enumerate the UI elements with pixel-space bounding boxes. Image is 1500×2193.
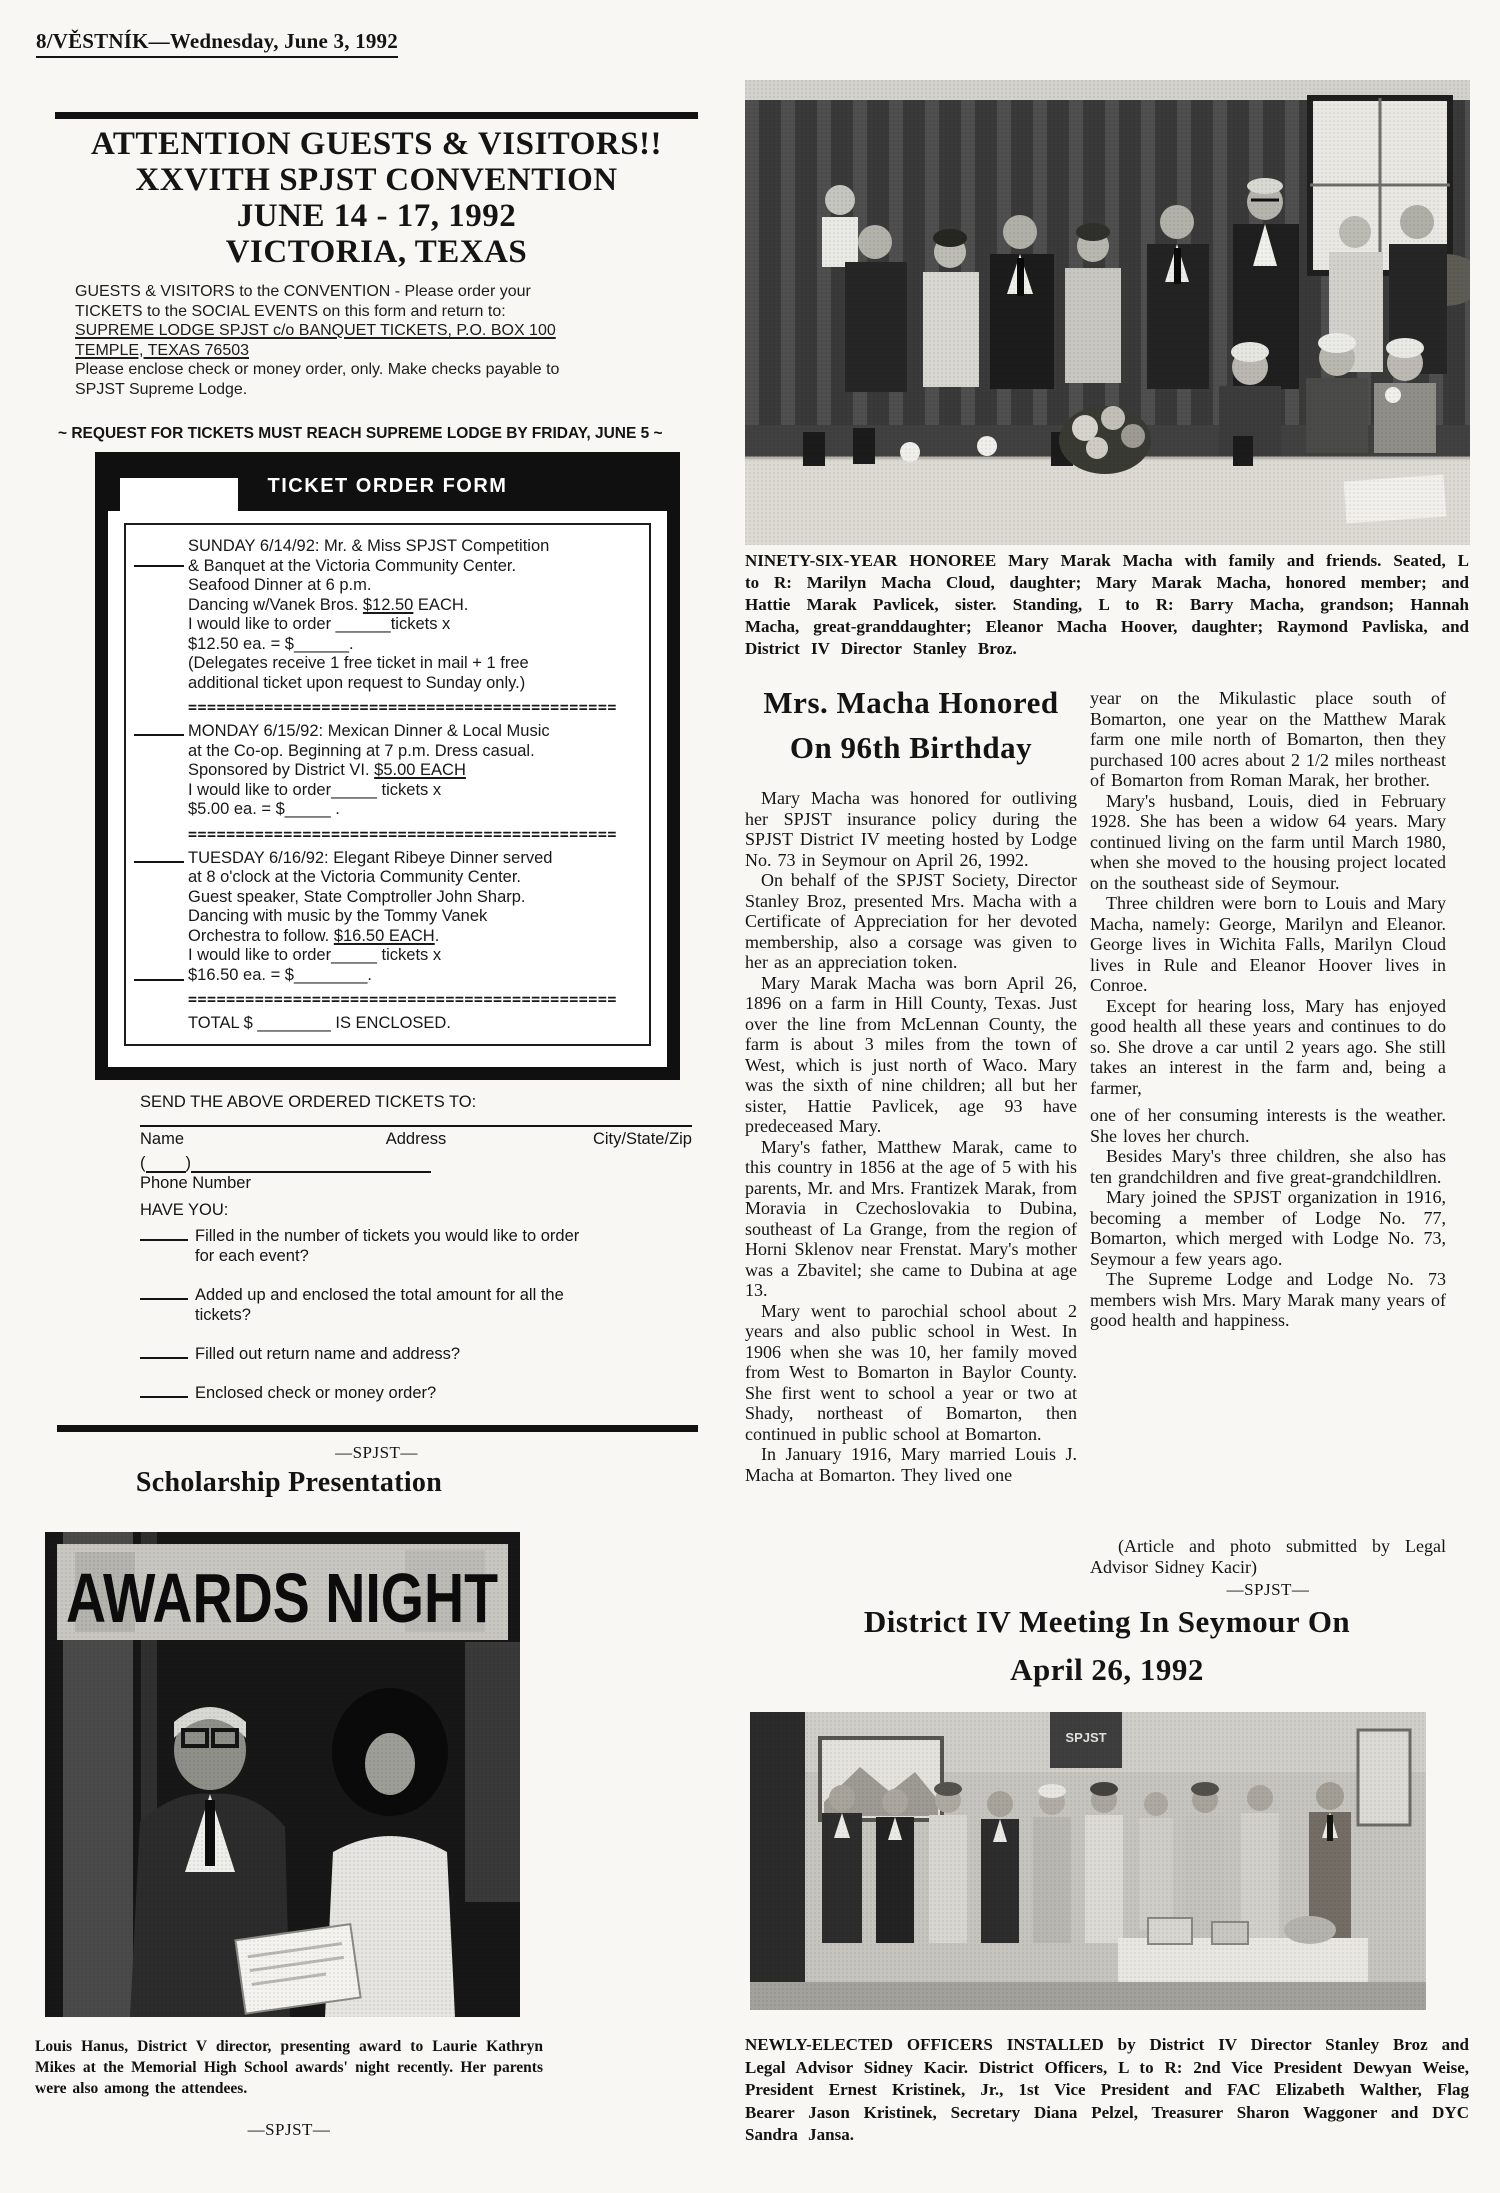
checklist-item-text: Filled out return name and address? (195, 1345, 460, 1363)
checklist-item-text: Filled in the number of tickets you woul… (195, 1227, 579, 1265)
article-paragraph: On behalf of the SPJST Society, Director… (745, 870, 1077, 973)
form-item-text: TUESDAY 6/16/92: Elegant Ribeye Dinner s… (188, 849, 643, 986)
honoree-group-photo (745, 80, 1470, 545)
article-column-2: year on the Mikulastic place south of Bo… (1090, 688, 1446, 1331)
checkmark-blank (140, 1396, 188, 1398)
article-paragraph: In January 1916, Mary married Louis J. M… (745, 1444, 1077, 1485)
form-line: $12.50 ea. = $______. (188, 635, 643, 655)
price-underlined: $12.50 (363, 596, 413, 614)
form-line: TUESDAY 6/16/92: Elegant Ribeye Dinner s… (188, 849, 643, 869)
checkmark-blank (140, 1298, 188, 1300)
fill-in-blank (134, 861, 184, 863)
checklist-item: Added up and enclosed the total amount f… (140, 1285, 602, 1325)
article-paragraph: Besides Mary's three children, she also … (1090, 1146, 1446, 1187)
convention-notice-body: GUESTS & VISITORS to the CONVENTION - Pl… (75, 282, 535, 399)
form-line: Dancing w/Vanek Bros. $12.50 EACH. (188, 596, 643, 616)
form-line: $5.00 ea. = $_____ . (188, 800, 643, 820)
form-separator: ========================================… (188, 698, 620, 717)
price-line-suffix: EACH. (413, 596, 468, 614)
article-paragraph: year on the Mikulastic place south of Bo… (1090, 688, 1446, 791)
address-label: Address (324, 1129, 508, 1149)
form-line: (Delegates receive 1 free ticket in mail… (188, 654, 643, 674)
price-line-prefix: Sponsored by District VI. (188, 761, 374, 779)
ticket-order-form: TICKET ORDER FORM SUNDAY 6/14/92: Mr. & … (95, 452, 680, 1080)
convention-notice-headline: ATTENTION GUESTS & VISITORS!! XXVITH SPJ… (55, 126, 698, 270)
form-line: I would like to order_____ tickets x (188, 781, 643, 801)
article-paragraph: The Supreme Lodge and Lodge No. 73 membe… (1090, 1269, 1446, 1331)
checklist-heading: HAVE YOU: (140, 1200, 602, 1220)
meeting-headline: District IV Meeting In Seymour On April … (745, 1598, 1469, 1694)
meeting-headline-line-1: District IV Meeting In Seymour On (745, 1598, 1469, 1646)
phone-number-write-line: ( ) (140, 1153, 692, 1173)
form-line: I would like to order ______tickets x (188, 615, 643, 635)
ticket-quantity-blank-column (126, 537, 188, 693)
mailing-address-line: TEMPLE, TEXAS 76503 (75, 341, 535, 361)
form-header-bar: TICKET ORDER FORM (108, 465, 667, 511)
notice-headline-line-3: JUNE 14 - 17, 1992 (55, 198, 698, 234)
honoree-photo-art (745, 80, 1470, 545)
form-line: Guest speaker, State Comptroller John Sh… (188, 888, 643, 908)
article-paragraph: Three children were born to Louis and Ma… (1090, 893, 1446, 996)
price-line-prefix: Orchestra to follow. (188, 927, 334, 945)
article-column-1: Mary Macha was honored for outliving her… (745, 788, 1077, 1485)
meeting-headline-line-2: April 26, 1992 (745, 1646, 1469, 1694)
article-paragraph: Mary joined the SPJST organization in 19… (1090, 1187, 1446, 1269)
checklist-item-text: Added up and enclosed the total amount f… (195, 1286, 564, 1324)
article-paragraph: Mary's father, Matthew Marak, came to th… (745, 1137, 1077, 1301)
form-line: SUNDAY 6/14/92: Mr. & Miss SPJST Competi… (188, 537, 643, 557)
awards-night-photo-art: AWARDS NIGHT (45, 1532, 520, 2017)
form-line: Dancing with music by the Tommy Vanek (188, 907, 643, 927)
checklist-item: Filled in the number of tickets you woul… (140, 1226, 602, 1266)
fill-in-blank (134, 734, 184, 736)
city-state-zip-label: City/State/Zip (508, 1129, 692, 1149)
spjst-divider: —SPJST— (55, 1443, 698, 1463)
form-line: Orchestra to follow. $16.50 EACH. (188, 927, 643, 947)
phone-blank (191, 1155, 431, 1173)
form-body: SUNDAY 6/14/92: Mr. & Miss SPJST Competi… (124, 523, 651, 1046)
form-item-text: SUNDAY 6/14/92: Mr. & Miss SPJST Competi… (188, 537, 643, 693)
scholarship-headline: Scholarship Presentation (35, 1466, 543, 1500)
send-tickets-section: SEND THE ABOVE ORDERED TICKETS TO: Name … (140, 1092, 692, 1193)
address-write-line (140, 1125, 692, 1127)
price-underlined: $5.00 EACH (374, 761, 466, 779)
notice-body-line: Please enclose check or money order, onl… (75, 360, 535, 380)
article-paragraph: Mary Marak Macha was born April 26, 1896… (745, 973, 1077, 1137)
checkmark-blank (140, 1239, 188, 1241)
notice-headline-line-1: ATTENTION GUESTS & VISITORS!! (55, 126, 698, 162)
masthead: 8/VĚSTNÍK—Wednesday, June 3, 1992 (36, 28, 398, 58)
form-line: at the Co-op. Beginning at 7 p.m. Dress … (188, 742, 643, 762)
checklist-item-text: Enclosed check or money order? (195, 1384, 436, 1402)
article-paragraph: one of her consuming interests is the we… (1090, 1105, 1446, 1146)
article-paragraph: Mary Macha was honored for outliving her… (745, 788, 1077, 870)
ticket-deadline-notice: ~ REQUEST FOR TICKETS MUST REACH SUPREME… (58, 424, 703, 443)
form-item-text: MONDAY 6/15/92: Mexican Dinner & Local M… (188, 722, 643, 820)
price-line-prefix: Dancing w/Vanek Bros. (188, 596, 363, 614)
spjst-divider: —SPJST— (1090, 1580, 1446, 1600)
form-line: MONDAY 6/15/92: Mexican Dinner & Local M… (188, 722, 643, 742)
fill-in-blank (134, 979, 184, 981)
checkmark-blank (140, 1357, 188, 1359)
phone-number-label: Phone Number (140, 1173, 692, 1193)
form-line: at 8 o'clock at the Victoria Community C… (188, 868, 643, 888)
price-line-suffix: . (435, 927, 440, 945)
form-line: Sponsored by District VI. $5.00 EACH (188, 761, 643, 781)
form-separator: ========================================… (188, 825, 620, 844)
address-field-labels: Name Address City/State/Zip (140, 1129, 692, 1149)
form-total-line: TOTAL $ ________ IS ENCLOSED. (188, 1014, 643, 1034)
form-line: Seafood Dinner at 6 p.m. (188, 576, 643, 596)
form-item-monday: MONDAY 6/15/92: Mexican Dinner & Local M… (126, 722, 643, 820)
honoree-photo-caption: NINETY-SIX-YEAR HONOREE Mary Marak Macha… (745, 550, 1469, 660)
notice-headline-line-4: VICTORIA, TEXAS (55, 234, 698, 270)
fill-in-blank (134, 565, 184, 567)
article-paragraph: Mary's husband, Louis, died in February … (1090, 791, 1446, 894)
form-separator: ========================================… (188, 990, 620, 1009)
ticket-quantity-blank-column (126, 849, 188, 986)
newspaper-page: 8/VĚSTNÍK—Wednesday, June 3, 1992 ATTENT… (0, 0, 1500, 2193)
form-line: & Banquet at the Victoria Community Cent… (188, 557, 643, 577)
notice-body-line: SPJST Supreme Lodge. (75, 380, 535, 400)
checklist-item: Filled out return name and address? (140, 1344, 602, 1364)
awards-night-photo: AWARDS NIGHT (45, 1532, 520, 2017)
notice-body-line: TICKETS to the SOCIAL EVENTS on this for… (75, 302, 535, 322)
officers-group-photo: SPJST (750, 1712, 1426, 2010)
form-line: I would like to order_____ tickets x (188, 946, 643, 966)
officers-photo-art: SPJST (750, 1712, 1426, 2010)
area-code-blank (146, 1155, 186, 1173)
mailing-address-line: SUPREME LODGE SPJST c/o BANQUET TICKETS,… (75, 321, 535, 341)
price-underlined: $16.50 EACH (334, 927, 435, 945)
spjst-divider: —SPJST— (35, 2120, 543, 2140)
form-item-sunday: SUNDAY 6/14/92: Mr. & Miss SPJST Competi… (126, 537, 643, 693)
top-section-rule (55, 112, 698, 119)
article-paragraph: Except for hearing loss, Mary has enjoye… (1090, 996, 1446, 1099)
article-credit: (Article and photo submitted by Legal Ad… (1090, 1536, 1446, 1578)
form-line: $16.50 ea. = $________. (188, 966, 643, 986)
ticket-quantity-blank-column (126, 722, 188, 820)
checklist-item: Enclosed check or money order? (140, 1383, 602, 1403)
have-you-checklist: HAVE YOU: Filled in the number of ticket… (140, 1200, 602, 1422)
officers-photo-caption: NEWLY-ELECTED OFFICERS INSTALLED by Dist… (745, 2034, 1469, 2147)
notice-body-line: GUESTS & VISITORS to the CONVENTION - Pl… (75, 282, 535, 302)
article-headline-line-1: Mrs. Macha Honored (745, 680, 1077, 725)
name-label: Name (140, 1129, 324, 1149)
send-heading: SEND THE ABOVE ORDERED TICKETS TO: (140, 1092, 692, 1112)
article-headline-line-2: On 96th Birthday (745, 725, 1077, 770)
form-item-tuesday: TUESDAY 6/16/92: Elegant Ribeye Dinner s… (126, 849, 643, 986)
scholarship-section-rule (57, 1425, 698, 1432)
awards-photo-caption: Louis Hanus, District V director, presen… (35, 2036, 543, 2099)
notice-headline-line-2: XXVITH SPJST CONVENTION (55, 162, 698, 198)
article-headline: Mrs. Macha Honored On 96th Birthday (745, 680, 1077, 770)
form-line: additional ticket upon request to Sunday… (188, 674, 643, 694)
article-paragraph: Mary went to parochial school about 2 ye… (745, 1301, 1077, 1445)
